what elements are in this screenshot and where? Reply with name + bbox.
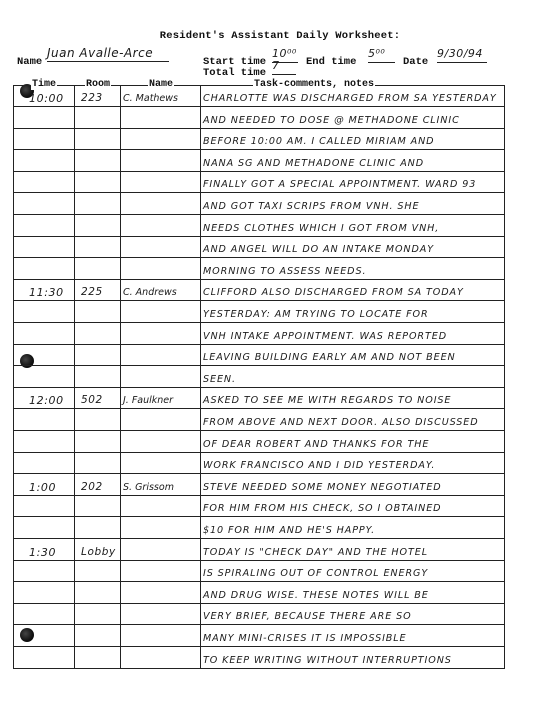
entry-time: 1:00 xyxy=(29,481,56,494)
row-rule xyxy=(13,668,505,669)
row-rule xyxy=(13,279,505,280)
entry-note-line: Today is "check day" and the hotel xyxy=(203,547,428,558)
row-rule xyxy=(13,236,505,237)
row-rule xyxy=(13,192,505,193)
entry-note-line: and got taxi scrips from VNH. She xyxy=(203,201,419,212)
entry-note-line: seen. xyxy=(203,374,236,385)
entry-note-line: Charlotte was discharged from SA yesterd… xyxy=(203,93,497,104)
entry-room: 202 xyxy=(81,481,103,493)
entry-note-line: for him from his check, so I obtained xyxy=(203,503,441,514)
entry-room: Lobby xyxy=(81,546,116,558)
row-rule xyxy=(13,128,505,129)
entry-time: 1:30 xyxy=(29,546,56,559)
entry-time: 12:00 xyxy=(29,394,64,407)
date-field: 9/30/94 xyxy=(437,48,487,63)
row-rule xyxy=(13,603,505,604)
column-rule xyxy=(13,85,14,668)
column-header-time: Time xyxy=(31,80,57,90)
row-rule xyxy=(13,646,505,647)
row-rule xyxy=(13,149,505,150)
entry-note-line: from above and next door. Also discussed xyxy=(203,417,479,428)
row-rule xyxy=(13,365,505,366)
row-rule xyxy=(13,322,505,323)
end-time-field: 5⁰⁰ xyxy=(368,48,395,63)
row-rule xyxy=(13,473,505,474)
entry-resident-name: S. Grissom xyxy=(123,482,174,493)
column-rule xyxy=(504,85,505,668)
column-rule xyxy=(74,85,75,668)
entry-note-line: Asked to see me with regards to noise xyxy=(203,395,451,406)
entry-note-line: many mini-crises it is impossible xyxy=(203,633,407,644)
column-header-name: Name xyxy=(148,80,174,90)
row-rule xyxy=(13,214,505,215)
row-rule xyxy=(13,106,505,107)
column-header-task: Task-comments, notes xyxy=(253,80,375,90)
row-rule xyxy=(13,430,505,431)
column-rule xyxy=(120,85,121,668)
entry-note-line: and Angel will do an intake Monday xyxy=(203,244,434,255)
entry-resident-name: J. Faulkner xyxy=(123,395,173,406)
row-rule xyxy=(13,387,505,388)
entry-time: 10:00 xyxy=(29,92,64,105)
entry-time: 11:30 xyxy=(29,286,64,299)
entry-note-line: VNH intake appointment. Was reported xyxy=(203,331,447,342)
entry-note-line: work Francisco and I did yesterday. xyxy=(203,460,435,471)
column-rule xyxy=(200,85,201,668)
row-rule xyxy=(13,624,505,625)
column-header-room: Room xyxy=(85,80,111,90)
entry-note-line: of dear Robert and thanks for the xyxy=(203,439,429,450)
entry-note-line: to keep writing without interruptions xyxy=(203,655,452,666)
row-rule xyxy=(13,300,505,301)
row-rule xyxy=(13,257,505,258)
entry-note-line: before 10:00 AM. I called Miriam and xyxy=(203,136,434,147)
name-label: Name xyxy=(17,56,42,68)
entry-note-line: Clifford also discharged from SA today xyxy=(203,287,464,298)
entry-note-line: leaving building early AM and not been xyxy=(203,352,456,363)
row-rule xyxy=(13,452,505,453)
entry-resident-name: C. Mathews xyxy=(123,93,178,104)
total-time-field: 7 xyxy=(272,60,296,75)
entry-room: 225 xyxy=(81,286,103,298)
entry-note-line: $10 for him and he's happy. xyxy=(203,525,375,536)
row-rule xyxy=(13,495,505,496)
entry-note-line: and needed to dose @ Methadone clinic xyxy=(203,115,460,126)
row-rule xyxy=(13,344,505,345)
worksheet-table: TimeRoomNameTask-comments, notes10:00223… xyxy=(13,78,505,670)
worksheet-title: Resident's Assistant Daily Worksheet: xyxy=(0,30,560,42)
entry-note-line: Steve needed some money negotiated xyxy=(203,482,442,493)
entry-note-line: yesterday: am trying to locate for xyxy=(203,309,429,320)
entry-room: 223 xyxy=(81,92,103,104)
row-rule xyxy=(13,538,505,539)
entry-note-line: is spiraling out of control energy xyxy=(203,568,428,579)
row-rule xyxy=(13,560,505,561)
entry-room: 502 xyxy=(81,394,103,406)
entry-note-line: finally got a special appointment. Ward … xyxy=(203,179,476,190)
entry-note-line: very brief, because there are so xyxy=(203,611,412,622)
row-rule xyxy=(13,581,505,582)
row-rule xyxy=(13,516,505,517)
entry-resident-name: C. Andrews xyxy=(123,287,177,298)
entry-note-line: and drug wise. These notes will be xyxy=(203,590,429,601)
date-label: Date xyxy=(403,56,428,68)
entry-note-line: morning to assess needs. xyxy=(203,266,366,277)
row-rule xyxy=(13,408,505,409)
name-field: Juan Avalle-Arce xyxy=(47,47,169,62)
entry-note-line: needs clothes which I got from VNH, xyxy=(203,223,439,234)
entry-note-line: Nana SG and Methadone clinic and xyxy=(203,158,424,169)
row-rule xyxy=(13,171,505,172)
end-time-label: End time xyxy=(306,56,356,68)
